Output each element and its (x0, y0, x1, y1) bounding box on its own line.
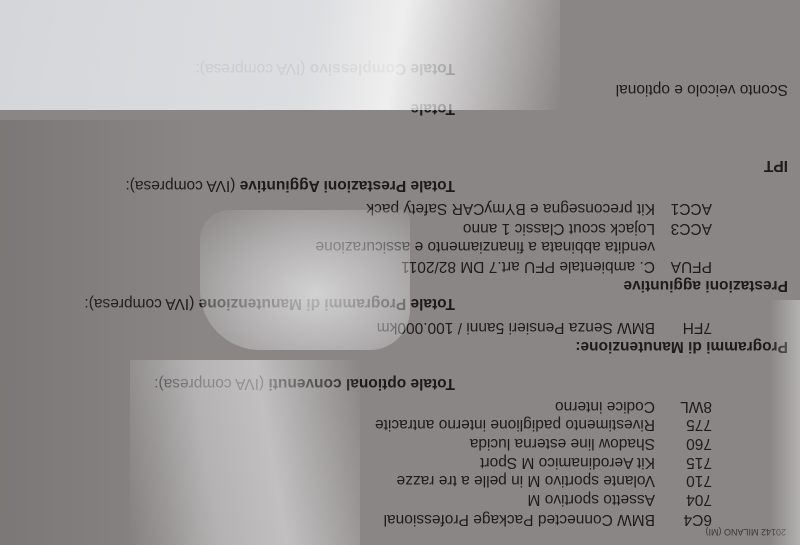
optional-description: Shadow line esterna lucida (470, 434, 655, 452)
optional-code: 710 (686, 471, 712, 489)
optional-code: 775 (686, 415, 712, 433)
maintenance-description: BMW Senza Pensieri 5anni / 100.000km (377, 318, 655, 336)
optional-code: 6C4 (684, 510, 712, 528)
grand-total-bold: Totale Complessivo (310, 60, 455, 77)
grand-total-suffix: (IVA compresa): (195, 60, 309, 77)
total-services-bold: Totale Prestazioni Aggiuntive (240, 177, 455, 194)
optional-code: 760 (686, 434, 712, 452)
total-optional-suffix: (IVA compresa): (154, 375, 268, 392)
optional-description: Kit Aerodinamico M Sport (480, 453, 655, 471)
service-code: PFUA (671, 257, 712, 275)
total-maintenance-bold: Totale Programmi di Manutenzione (199, 295, 455, 312)
maintenance-code: 7FH (683, 318, 712, 336)
totale-label: Totale (411, 99, 456, 117)
service-code: ACC1 (671, 199, 712, 217)
total-optional-bold: Totale optional convenuti (268, 375, 455, 392)
photo-stage: 20142 MILANO (MI) 6C4 BMW Connected Pack… (0, 0, 800, 545)
optional-description: Rivestimento padiglione interno antracit… (375, 415, 655, 433)
ipt-label: IPT (764, 156, 788, 174)
grand-total-label: Totale Complessivo (IVA compresa): (195, 59, 455, 77)
address-line: 20142 MILANO (MI) (705, 523, 786, 541)
optional-code: 704 (686, 490, 712, 508)
service-description: vendita abbinata a finanziamento e assic… (315, 237, 655, 255)
service-description: Lojack scout Classic 1 anno (463, 219, 655, 237)
total-maintenance-suffix: (IVA compresa): (84, 295, 198, 312)
optional-code: 8WL (680, 397, 712, 415)
optional-description: Codice interno (555, 397, 655, 415)
optional-description: Assetto sportivo M (528, 490, 656, 508)
total-services-suffix: (IVA compresa): (125, 177, 239, 194)
service-description: C. ambientale PFU art.7 DM 82/2011 (401, 257, 655, 275)
optional-description: BMW Connected Package Professional (384, 510, 655, 528)
price-document: 20142 MILANO (MI) 6C4 BMW Connected Pack… (0, 0, 800, 545)
service-description: Kit preconsegna e BYmyCAR Safety pack (366, 199, 655, 217)
discount-label: Sconto veicolo e optional (616, 80, 788, 98)
total-maintenance-label: Totale Programmi di Manutenzione (IVA co… (84, 294, 455, 312)
maintenance-heading: Programmi di Manutenzione: (575, 337, 788, 355)
optional-description: Volante sportivo M in pelle a tre razze (397, 471, 655, 489)
total-services-label: Totale Prestazioni Aggiuntive (IVA compr… (125, 176, 455, 194)
total-optional-label: Totale optional convenuti (IVA compresa)… (154, 374, 455, 392)
additional-services-heading: Prestazioni aggiuntive (623, 276, 788, 294)
service-code: ACC3 (671, 219, 712, 237)
optional-code: 715 (686, 453, 712, 471)
